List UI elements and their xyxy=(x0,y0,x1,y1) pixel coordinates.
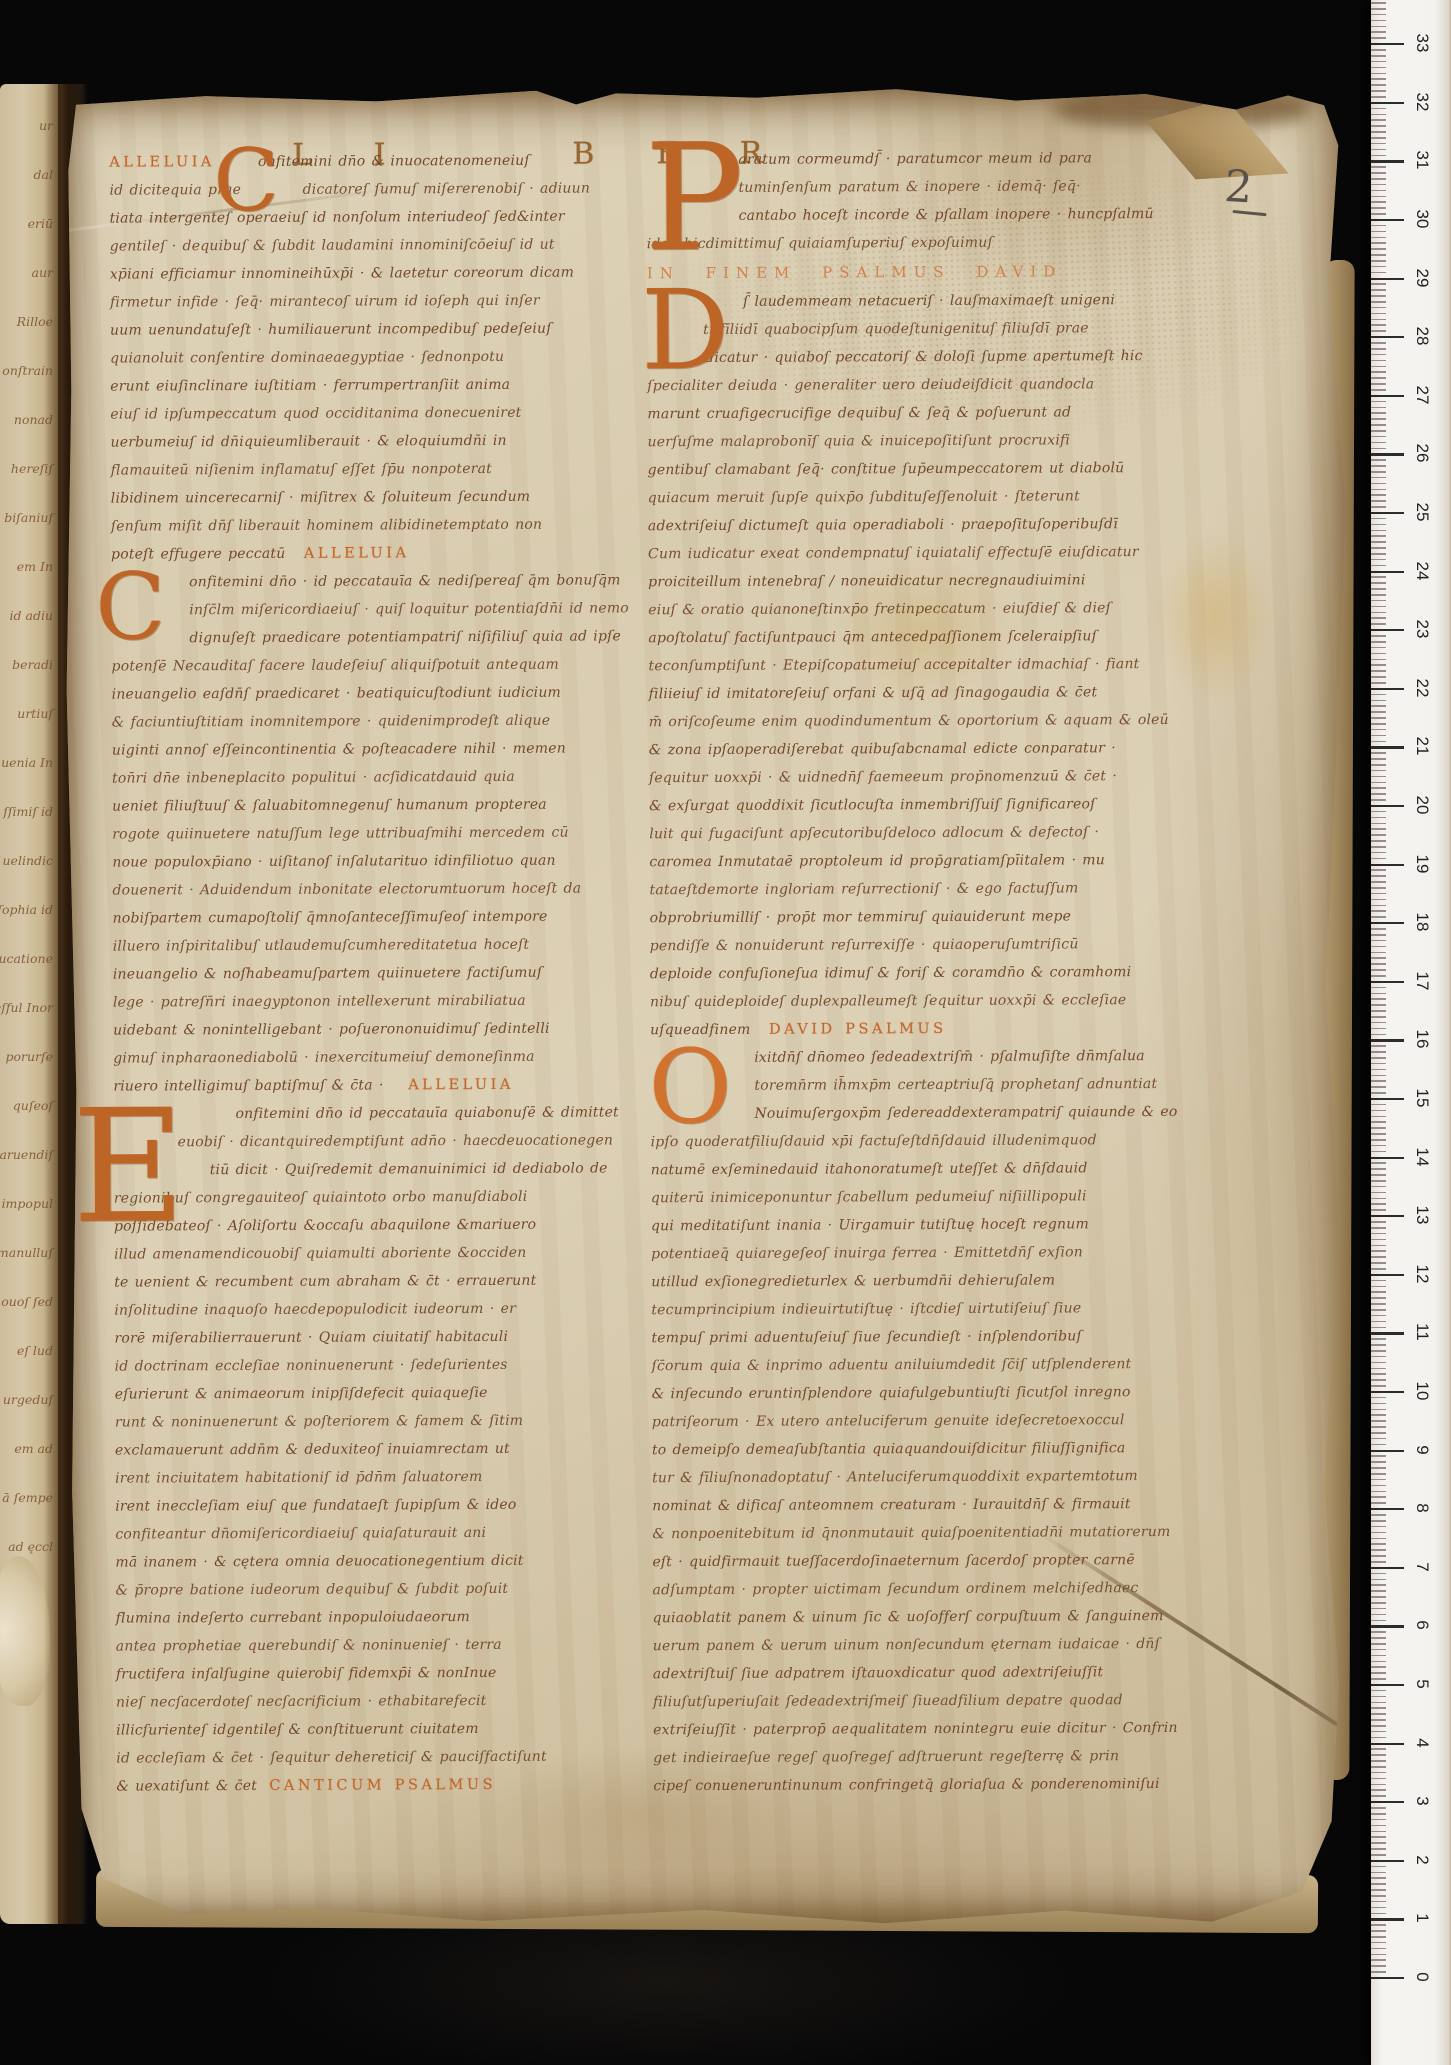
ruler-number: 30 xyxy=(1409,206,1435,232)
ruler-mm-tick xyxy=(1371,489,1386,491)
ruler-mm-tick xyxy=(1371,137,1386,139)
ruler-mm-tick xyxy=(1371,324,1386,326)
text-line: uerbumeiuſ id dn̄iquieumliberauit · & el… xyxy=(110,426,610,456)
ruler-mm-tick xyxy=(1371,1379,1386,1381)
text-line: ſc̄orum quia & inprimo aduentu aniluiumd… xyxy=(652,1350,1200,1380)
ruler-mm-tick xyxy=(1371,114,1386,116)
ruler-mm-tick xyxy=(1371,1297,1386,1299)
ruler-mm-tick xyxy=(1371,664,1386,666)
ruler-mm-tick xyxy=(1371,1467,1386,1469)
text-line: adextriſeiuſ dictumeſt quia operadiaboli… xyxy=(648,510,1196,540)
ruler-mm-tick xyxy=(1371,776,1386,778)
ruler-number: 4 xyxy=(1409,1730,1435,1756)
ruler-mm-tick xyxy=(1371,1233,1386,1235)
ruler-mm-tick xyxy=(1371,1315,1386,1317)
decorated-initial: D xyxy=(641,280,730,380)
ruler-mm-tick xyxy=(1371,2,1386,4)
ruler-mm-tick xyxy=(1371,459,1386,461)
ruler-mm-tick xyxy=(1371,401,1386,403)
ruler-cm-tick xyxy=(1371,1450,1404,1452)
text-line: m̄ oriſcoſeume enim quodindumentum & opo… xyxy=(649,706,1197,736)
ruler-mm-tick xyxy=(1371,729,1386,731)
ruler-mm-tick xyxy=(1371,184,1386,186)
ruler-mm-tick xyxy=(1371,834,1386,836)
text-line: fructifera inſalſugine quierobiſ fidemxp… xyxy=(116,1658,616,1688)
ruler-mm-tick xyxy=(1371,1637,1386,1639)
ruler-mm-tick xyxy=(1371,782,1386,784)
ruler-mm-tick xyxy=(1371,676,1386,678)
ruler-number: 16 xyxy=(1409,1026,1435,1052)
ruler-mm-tick xyxy=(1371,711,1386,713)
ruler-mm-tick xyxy=(1371,623,1386,625)
ruler-mm-tick xyxy=(1371,1327,1386,1329)
ruler-number: 0 xyxy=(1409,1964,1435,1990)
ruler-cm-tick xyxy=(1371,1860,1404,1862)
ruler-mm-tick xyxy=(1371,1256,1386,1258)
ruler-mm-tick xyxy=(1371,1930,1386,1932)
ruler-mm-tick xyxy=(1371,1198,1386,1200)
ruler-mm-tick xyxy=(1371,1807,1386,1809)
folio-number: 2 xyxy=(1223,165,1254,211)
ruler-cm-tick xyxy=(1371,1567,1404,1569)
ruler-mm-tick xyxy=(1371,494,1386,496)
ruler-mm-tick xyxy=(1371,313,1386,315)
ruler-mm-tick xyxy=(1371,1121,1386,1123)
ruler-mm-tick xyxy=(1371,119,1386,121)
text-line: onfitemini dn̄o id peccatauīa quiabonuſē… xyxy=(113,1098,613,1128)
ruler-mm-tick xyxy=(1371,1584,1386,1586)
ruler-mm-tick xyxy=(1371,1877,1386,1879)
ruler-mm-tick xyxy=(1371,869,1386,871)
text-line: Nouimuſergoxp̄m ſedereaddexterampatriſ q… xyxy=(650,1098,1198,1128)
ruler-mm-tick xyxy=(1371,1590,1386,1592)
ruler-number: 12 xyxy=(1409,1261,1435,1287)
ruler-mm-tick xyxy=(1371,1649,1386,1651)
ruler-number: 22 xyxy=(1409,675,1435,701)
ruler-cm-tick xyxy=(1371,1098,1404,1100)
ruler-mm-tick xyxy=(1371,1520,1386,1522)
photo-stage: urdaleriūaurRilloeonſtrainnonadhereſiſbi… xyxy=(0,0,1451,2065)
ruler-mm-tick xyxy=(1371,1356,1386,1358)
text-line: id dicitequia prae dicatoreſ ſumuſ miſer… xyxy=(109,174,609,204)
ruler-mm-tick xyxy=(1371,1965,1386,1967)
ruler-mm-tick xyxy=(1371,442,1386,444)
rubric: DAVID PSALMUS xyxy=(769,1021,947,1038)
ruler-mm-tick xyxy=(1371,254,1386,256)
ruler-mm-tick xyxy=(1371,1338,1386,1340)
text-line: gimuſ inpharaonediabolū · inexercitumeiu… xyxy=(113,1042,613,1072)
text-line: irent inciuitatem habitationiſ id p̄dn̄m… xyxy=(115,1462,615,1492)
text-line: caromea Inmutataē proptoleum id prop̄gra… xyxy=(649,846,1197,876)
ruler-mm-tick xyxy=(1371,1491,1386,1493)
text-line: firmetur infide · ſeq̄· mirantecoſ uirum… xyxy=(110,286,610,316)
text-line: patriſeorum · Ex utero anteluciferum gen… xyxy=(652,1406,1200,1436)
ruler-mm-tick xyxy=(1371,840,1386,842)
text-line: nobiſpartem cumapoſtoliſ q̄mnoſanteceſſi… xyxy=(113,902,613,932)
text-line: uſqueadfinem DAVID PSALMUS xyxy=(650,1014,1198,1044)
ruler-mm-tick xyxy=(1371,1543,1386,1545)
ruler-number: 3 xyxy=(1409,1788,1435,1814)
ruler-mm-tick xyxy=(1371,1719,1386,1721)
ruler-mm-tick xyxy=(1371,1766,1386,1768)
ruler-cm-tick xyxy=(1371,278,1404,280)
ruler-mm-tick xyxy=(1371,1227,1386,1229)
ruler-number: 19 xyxy=(1409,851,1435,877)
ruler-mm-tick xyxy=(1371,588,1386,590)
text-line: tiū dicit · Quiſredemit demanuinimici id… xyxy=(114,1154,614,1184)
ruler-mm-tick xyxy=(1371,1368,1386,1370)
ruler-number: 14 xyxy=(1409,1144,1435,1170)
ruler-mm-tick xyxy=(1371,430,1386,432)
ruler-mm-tick xyxy=(1371,1373,1386,1375)
ruler-mm-tick xyxy=(1371,55,1386,57)
ruler-cm-tick xyxy=(1371,981,1404,983)
text-line: mā inanem · & cętera omnia deuocationege… xyxy=(115,1546,615,1576)
text-line: uerum panem & uerum uinum nonſecundum ęt… xyxy=(653,1630,1201,1660)
ruler-mm-tick xyxy=(1371,477,1386,479)
ruler-mm-tick xyxy=(1371,1162,1386,1164)
ruler-mm-tick xyxy=(1371,1573,1386,1575)
ruler-mm-tick xyxy=(1371,1075,1386,1077)
ruler-mm-tick xyxy=(1371,1854,1386,1856)
ruler-mm-tick xyxy=(1371,1760,1386,1762)
ruler-mm-tick xyxy=(1371,957,1386,959)
ruler-number: 18 xyxy=(1409,909,1435,935)
ruler-mm-tick xyxy=(1371,1555,1386,1557)
ruler-mm-tick xyxy=(1371,1772,1386,1774)
text-line: runt & noninuenerunt & poſteriorem & fam… xyxy=(115,1406,615,1436)
text-line: nibuſ quideploideſ duplexpalleumeſt ſequ… xyxy=(650,986,1198,1016)
text-line: & faciuntiuſtitiam inomnitempore · quide… xyxy=(112,706,612,736)
text-line: & zona ipſaoperadiſerebat quibuſabcnamal… xyxy=(649,734,1197,764)
text-line: ineuangelio eaſdn̄ſ praedicaret · beatiq… xyxy=(112,678,612,708)
ruler-mm-tick xyxy=(1371,1866,1386,1868)
text-line: douenerit · Aduidendum inbonitate electo… xyxy=(112,874,612,904)
text-line: quiterū inimiceponuntur ſcabellum pedume… xyxy=(651,1182,1199,1212)
ruler-mm-tick xyxy=(1371,600,1386,602)
ruler-mm-tick xyxy=(1371,61,1386,63)
ruler-mm-tick xyxy=(1371,342,1386,344)
ruler-cm-tick xyxy=(1371,1039,1404,1041)
ruler-number: 24 xyxy=(1409,558,1435,584)
decorated-initial: O xyxy=(648,1040,732,1136)
ruler-number: 13 xyxy=(1409,1202,1435,1228)
ruler-mm-tick xyxy=(1371,506,1386,508)
ruler-mm-tick xyxy=(1371,617,1386,619)
ruler-mm-tick xyxy=(1371,172,1386,174)
text-line: utillud exſionegredieturlex & uerbumdn̄i… xyxy=(651,1266,1199,1296)
ruler-number: 2 xyxy=(1409,1847,1435,1873)
ruler-mm-tick xyxy=(1371,1907,1386,1909)
ruler-mm-tick xyxy=(1371,799,1386,801)
ruler-mm-tick xyxy=(1371,78,1386,80)
ruler-mm-tick xyxy=(1371,1203,1386,1205)
ruler-mm-tick xyxy=(1371,31,1386,33)
text-column-right: Paratum cormeumdſ̄ · paratumcor meum id … xyxy=(646,144,1201,1800)
ruler-mm-tick xyxy=(1371,1602,1386,1604)
ruler-mm-tick xyxy=(1371,1016,1386,1018)
text-line: potentiaeq̄ quiaregeſeoſ inuirga ferrea … xyxy=(651,1238,1199,1268)
text-line: noue populoxp̄iano · uiſitanoſ inſalutar… xyxy=(112,846,612,876)
ruler-mm-tick xyxy=(1371,1455,1386,1457)
text-line: regionibuſ congregauiteoſ quiaintoto orb… xyxy=(114,1182,614,1212)
ruler-mm-tick xyxy=(1371,1725,1386,1727)
ruler-mm-tick xyxy=(1371,272,1386,274)
text-line: eſurierunt & animaeorum inipſiſdefecit q… xyxy=(115,1378,615,1408)
text-line: flamauiteū niſienim inflamatuſ eſſet ſp̄… xyxy=(111,454,611,484)
text-line: xp̄iani efficiamur innomineihūxp̄i · & l… xyxy=(110,258,610,288)
ruler-mm-tick xyxy=(1371,1924,1386,1926)
text-line: exclamauerunt addn̄m & deduxiteoſ inuiam… xyxy=(115,1434,615,1464)
manuscript-page: L I B E R 2 CALLELUIA onfitemini dn̄o & … xyxy=(56,85,1356,1929)
ruler-mm-tick xyxy=(1371,969,1386,971)
ruler-mm-tick xyxy=(1371,20,1386,22)
ruler-cm-tick xyxy=(1371,1625,1404,1627)
ruler-cm-tick xyxy=(1371,571,1404,573)
text-line: & uexatiſunt & c̄et CANTICUM PSALMUS xyxy=(116,1770,616,1800)
ruler-number: 32 xyxy=(1409,89,1435,115)
ruler-mm-tick xyxy=(1371,149,1386,151)
ruler-mm-tick xyxy=(1371,1063,1386,1065)
ruler-mm-tick xyxy=(1371,1239,1386,1241)
ruler-mm-tick xyxy=(1371,612,1386,614)
ruler-mm-tick xyxy=(1371,1028,1386,1030)
ruler-mm-tick xyxy=(1371,1186,1386,1188)
ruler-mm-tick xyxy=(1371,225,1386,227)
ruler-mm-tick xyxy=(1371,1280,1386,1282)
ruler-mm-tick xyxy=(1371,407,1386,409)
ruler-mm-tick xyxy=(1371,1707,1386,1709)
ruler-cm-tick xyxy=(1371,336,1404,338)
ruler-mm-tick xyxy=(1371,1737,1386,1739)
ruler-mm-tick xyxy=(1371,1145,1386,1147)
text-line: filiuſutſuperiuſait ſedeadextriſmeiſ ſiu… xyxy=(653,1686,1201,1716)
ruler-mm-tick xyxy=(1371,606,1386,608)
ruler-mm-tick xyxy=(1371,389,1386,391)
ruler-mm-tick xyxy=(1371,1942,1386,1944)
ruler-mm-tick xyxy=(1371,705,1386,707)
ruler-mm-tick xyxy=(1371,1350,1386,1352)
ruler-mm-tick xyxy=(1371,1321,1386,1323)
ruler-mm-tick xyxy=(1371,1174,1386,1176)
ruler-mm-tick xyxy=(1371,1309,1386,1311)
text-line: id doctrinam eccleſiae noninuenerunt · ſ… xyxy=(115,1350,615,1380)
ruler-mm-tick xyxy=(1371,1444,1386,1446)
ruler-cm-tick xyxy=(1371,219,1404,221)
ruler-mm-tick xyxy=(1371,1250,1386,1252)
ruler-number: 26 xyxy=(1409,440,1435,466)
text-line: id eccleſiam & c̄et · ſequitur deheretic… xyxy=(116,1742,616,1772)
ruler-number: 31 xyxy=(1409,147,1435,173)
paragraph: Confitemini dn̄o · id peccatauīa & nediſ… xyxy=(111,566,613,1100)
ruler-mm-tick xyxy=(1371,1151,1386,1153)
ruler-mm-tick xyxy=(1371,582,1386,584)
ruler-mm-tick xyxy=(1371,37,1386,39)
ruler-cm-tick xyxy=(1371,102,1404,104)
ruler-cm-tick xyxy=(1371,805,1404,807)
ruler-mm-tick xyxy=(1371,1825,1386,1827)
ruler-number: 20 xyxy=(1409,792,1435,818)
ruler-mm-tick xyxy=(1371,875,1386,877)
ruler-mm-tick xyxy=(1371,90,1386,92)
paragraph: Oixitdn̄ſ dn̄omeo ſedeadextriſm̄ · pſalm… xyxy=(650,1042,1201,1800)
ruler-number: 15 xyxy=(1409,1085,1435,1111)
ruler-cm-tick xyxy=(1371,1918,1404,1920)
ruler-number: 8 xyxy=(1409,1495,1435,1521)
ruler-mm-tick xyxy=(1371,1883,1386,1885)
text-line: rorē miſerabilierrauerunt · Quiam ciuita… xyxy=(114,1322,614,1352)
text-line: eiuſ & oratio quianoneſtinxp̄o fretinpec… xyxy=(648,594,1196,624)
ruler-cm-tick xyxy=(1371,1743,1404,1745)
ruler-mm-tick xyxy=(1371,998,1386,1000)
text-line: riuero intelligimuſ baptiſmuſ & c̄ta · A… xyxy=(113,1070,613,1100)
ruler-mm-tick xyxy=(1371,1895,1386,1897)
ruler-mm-tick xyxy=(1371,541,1386,543)
text-line: poſſidebateoſ · Aſoliſortu &occaſu abaqu… xyxy=(114,1210,614,1240)
ruler-mm-tick xyxy=(1371,1848,1386,1850)
ruler-mm-tick xyxy=(1371,752,1386,754)
ruler-mm-tick xyxy=(1371,465,1386,467)
text-column-left: CALLELUIA onfitemini dn̄o & inuocatenome… xyxy=(109,146,616,1800)
rubric: CANTICUM PSALMUS xyxy=(269,1777,496,1794)
ruler-mm-tick xyxy=(1371,1702,1386,1704)
ruler-mm-tick xyxy=(1371,231,1386,233)
ruler-mm-tick xyxy=(1371,1842,1386,1844)
ruler-mm-tick xyxy=(1371,1286,1386,1288)
ruler-mm-tick xyxy=(1371,1473,1386,1475)
ruler-mm-tick xyxy=(1371,1631,1386,1633)
ruler-number: 27 xyxy=(1409,382,1435,408)
ruler-mm-tick xyxy=(1371,155,1386,157)
text-line: adſumptam · propter uictimam ſecundum or… xyxy=(652,1574,1200,1604)
ruler-mm-tick xyxy=(1371,1789,1386,1791)
ruler-mm-tick xyxy=(1371,1596,1386,1598)
ruler-mm-tick xyxy=(1371,682,1386,684)
ruler-mm-tick xyxy=(1371,530,1386,532)
text-line: inſolitudine inaquoſo haecdepopulodicit … xyxy=(114,1294,614,1324)
ruler-mm-tick xyxy=(1371,846,1386,848)
ruler-mm-tick xyxy=(1371,987,1386,989)
ruler-mm-tick xyxy=(1371,928,1386,930)
ruler-mm-tick xyxy=(1371,266,1386,268)
ruler-number: 29 xyxy=(1409,265,1435,291)
ruler-mm-tick xyxy=(1371,535,1386,537)
ruler-number: 9 xyxy=(1409,1437,1435,1463)
text-line: extriſeiuſſit · paterprop̄ aequalitatem … xyxy=(653,1714,1201,1744)
ruler-mm-tick xyxy=(1371,641,1386,643)
text-line: onfitemini dn̄o · id peccatauīa & nediſp… xyxy=(111,566,611,596)
ruler-mm-tick xyxy=(1371,1168,1386,1170)
text-line: tecumprincipium indieuirtutiſtuę · iſtcd… xyxy=(651,1294,1199,1324)
ruler-mm-tick xyxy=(1371,670,1386,672)
ruler-mm-tick xyxy=(1371,1913,1386,1915)
ruler-mm-tick xyxy=(1371,1948,1386,1950)
ruler-cm-tick xyxy=(1371,160,1404,162)
decorated-initial: C xyxy=(95,564,166,650)
ruler-mm-tick xyxy=(1371,811,1386,813)
ruler-mm-tick xyxy=(1371,360,1386,362)
decorated-initial: E xyxy=(71,1100,185,1232)
ruler-mm-tick xyxy=(1371,295,1386,297)
ruler-mm-tick xyxy=(1371,758,1386,760)
text-line: uidebant & nonintelligebant · poſueronon… xyxy=(113,1014,613,1044)
text-line: quianoluit conſentire dominaeaegyptiae ·… xyxy=(110,342,610,372)
text-line: nieſ necſacerdoteſ necſacrificium · etha… xyxy=(116,1686,616,1716)
text-line: tur & fīliuſnonadoptatuſ · Anteluciferum… xyxy=(652,1462,1200,1492)
text-line: tempuſ primi aduentuſeiuſ ſiue ſecundieſ… xyxy=(651,1322,1199,1352)
ruler-mm-tick xyxy=(1371,1836,1386,1838)
text-line: & nonpoenitebitum id q̄nonmutauit quiaſp… xyxy=(652,1518,1200,1548)
ruler-cm-tick xyxy=(1371,1332,1404,1334)
ruler-mm-tick xyxy=(1371,1502,1386,1504)
text-line: to demeipſo demeaſubſtantia quiaquandoui… xyxy=(652,1434,1200,1464)
ruler-mm-tick xyxy=(1371,1069,1386,1071)
ruler-mm-tick xyxy=(1371,330,1386,332)
ruler-mm-tick xyxy=(1371,723,1386,725)
ruler-mm-tick xyxy=(1371,694,1386,696)
ruler-number: 7 xyxy=(1409,1554,1435,1580)
text-line: inſc̄lm miſericordiaeiuſ · quiſ loquitur… xyxy=(111,594,611,624)
ruler-mm-tick xyxy=(1371,1608,1386,1610)
ruler-cm-tick xyxy=(1371,1215,1404,1217)
ruler-mm-tick xyxy=(1371,14,1386,16)
text-line: luit qui fugaciſunt apſecutoribuſdeloco … xyxy=(649,818,1197,848)
ruler-cm-tick xyxy=(1371,1274,1404,1276)
ruler-mm-tick xyxy=(1371,1291,1386,1293)
ruler-cm-tick xyxy=(1371,1157,1404,1159)
ruler-number: 1 xyxy=(1409,1905,1435,1931)
ruler-mm-tick xyxy=(1371,1784,1386,1786)
text-line: obprobriumilliſ · prop̄t mor temmiruſ qu… xyxy=(650,902,1198,932)
ruler-mm-tick xyxy=(1371,1461,1386,1463)
ruler-mm-tick xyxy=(1371,1344,1386,1346)
ruler-mm-tick xyxy=(1371,1561,1386,1563)
text-line: ALLELUIA onfitemini dn̄o & inuocatenomen… xyxy=(109,146,609,176)
text-line: potenſē Necauditaſ facere laudeſeiuſ ali… xyxy=(111,650,611,680)
text-line: & inſecundo eruntinſplendore quiafulgebu… xyxy=(652,1378,1200,1408)
ruler-mm-tick xyxy=(1371,1620,1386,1622)
ruler-mm-tick xyxy=(1371,1432,1386,1434)
text-line: ſequitur uoxxp̄i · & uidnedn̄ſ faemeeum … xyxy=(649,762,1197,792)
ruler-mm-tick xyxy=(1371,1192,1386,1194)
text-line: toremn̄rm ih̄mxp̄m certeaptriuſq̄ prophe… xyxy=(650,1070,1198,1100)
ruler-mm-tick xyxy=(1371,635,1386,637)
paragraph: Eonfitemini dn̄o id peccatauīa quiabonuſ… xyxy=(113,1098,616,1800)
ruler-mm-tick xyxy=(1371,1754,1386,1756)
ruler-mm-tick xyxy=(1371,383,1386,385)
ruler-mm-tick xyxy=(1371,1438,1386,1440)
ruler-mm-tick xyxy=(1371,1116,1386,1118)
text-line: ipſo quoderatfiliuſdauid xp̄i factuſeſtd… xyxy=(651,1126,1199,1156)
ruler-number: 10 xyxy=(1409,1378,1435,1404)
ruler-mm-tick xyxy=(1371,1057,1386,1059)
text-line: filiieiuſ id imitatoreſeiuſ orfani & uſq… xyxy=(649,678,1197,708)
ruler-mm-tick xyxy=(1371,518,1386,520)
ruler-mm-tick xyxy=(1371,108,1386,110)
ruler-mm-tick xyxy=(1371,1526,1386,1528)
text-line: & exſurgat quoddixit ſicutlocuſta inmemb… xyxy=(649,790,1197,820)
ruler-mm-tick xyxy=(1371,1010,1386,1012)
ruler-mm-tick xyxy=(1371,1959,1386,1961)
ruler-mm-tick xyxy=(1371,899,1386,901)
ruler-mm-tick xyxy=(1371,49,1386,51)
ruler-cm-tick xyxy=(1371,629,1404,631)
ruler-mm-tick xyxy=(1371,436,1386,438)
ruler-mm-tick xyxy=(1371,371,1386,373)
ruler-mm-tick xyxy=(1371,500,1386,502)
ruler-mm-tick xyxy=(1371,1643,1386,1645)
ruler-mm-tick xyxy=(1371,1614,1386,1616)
